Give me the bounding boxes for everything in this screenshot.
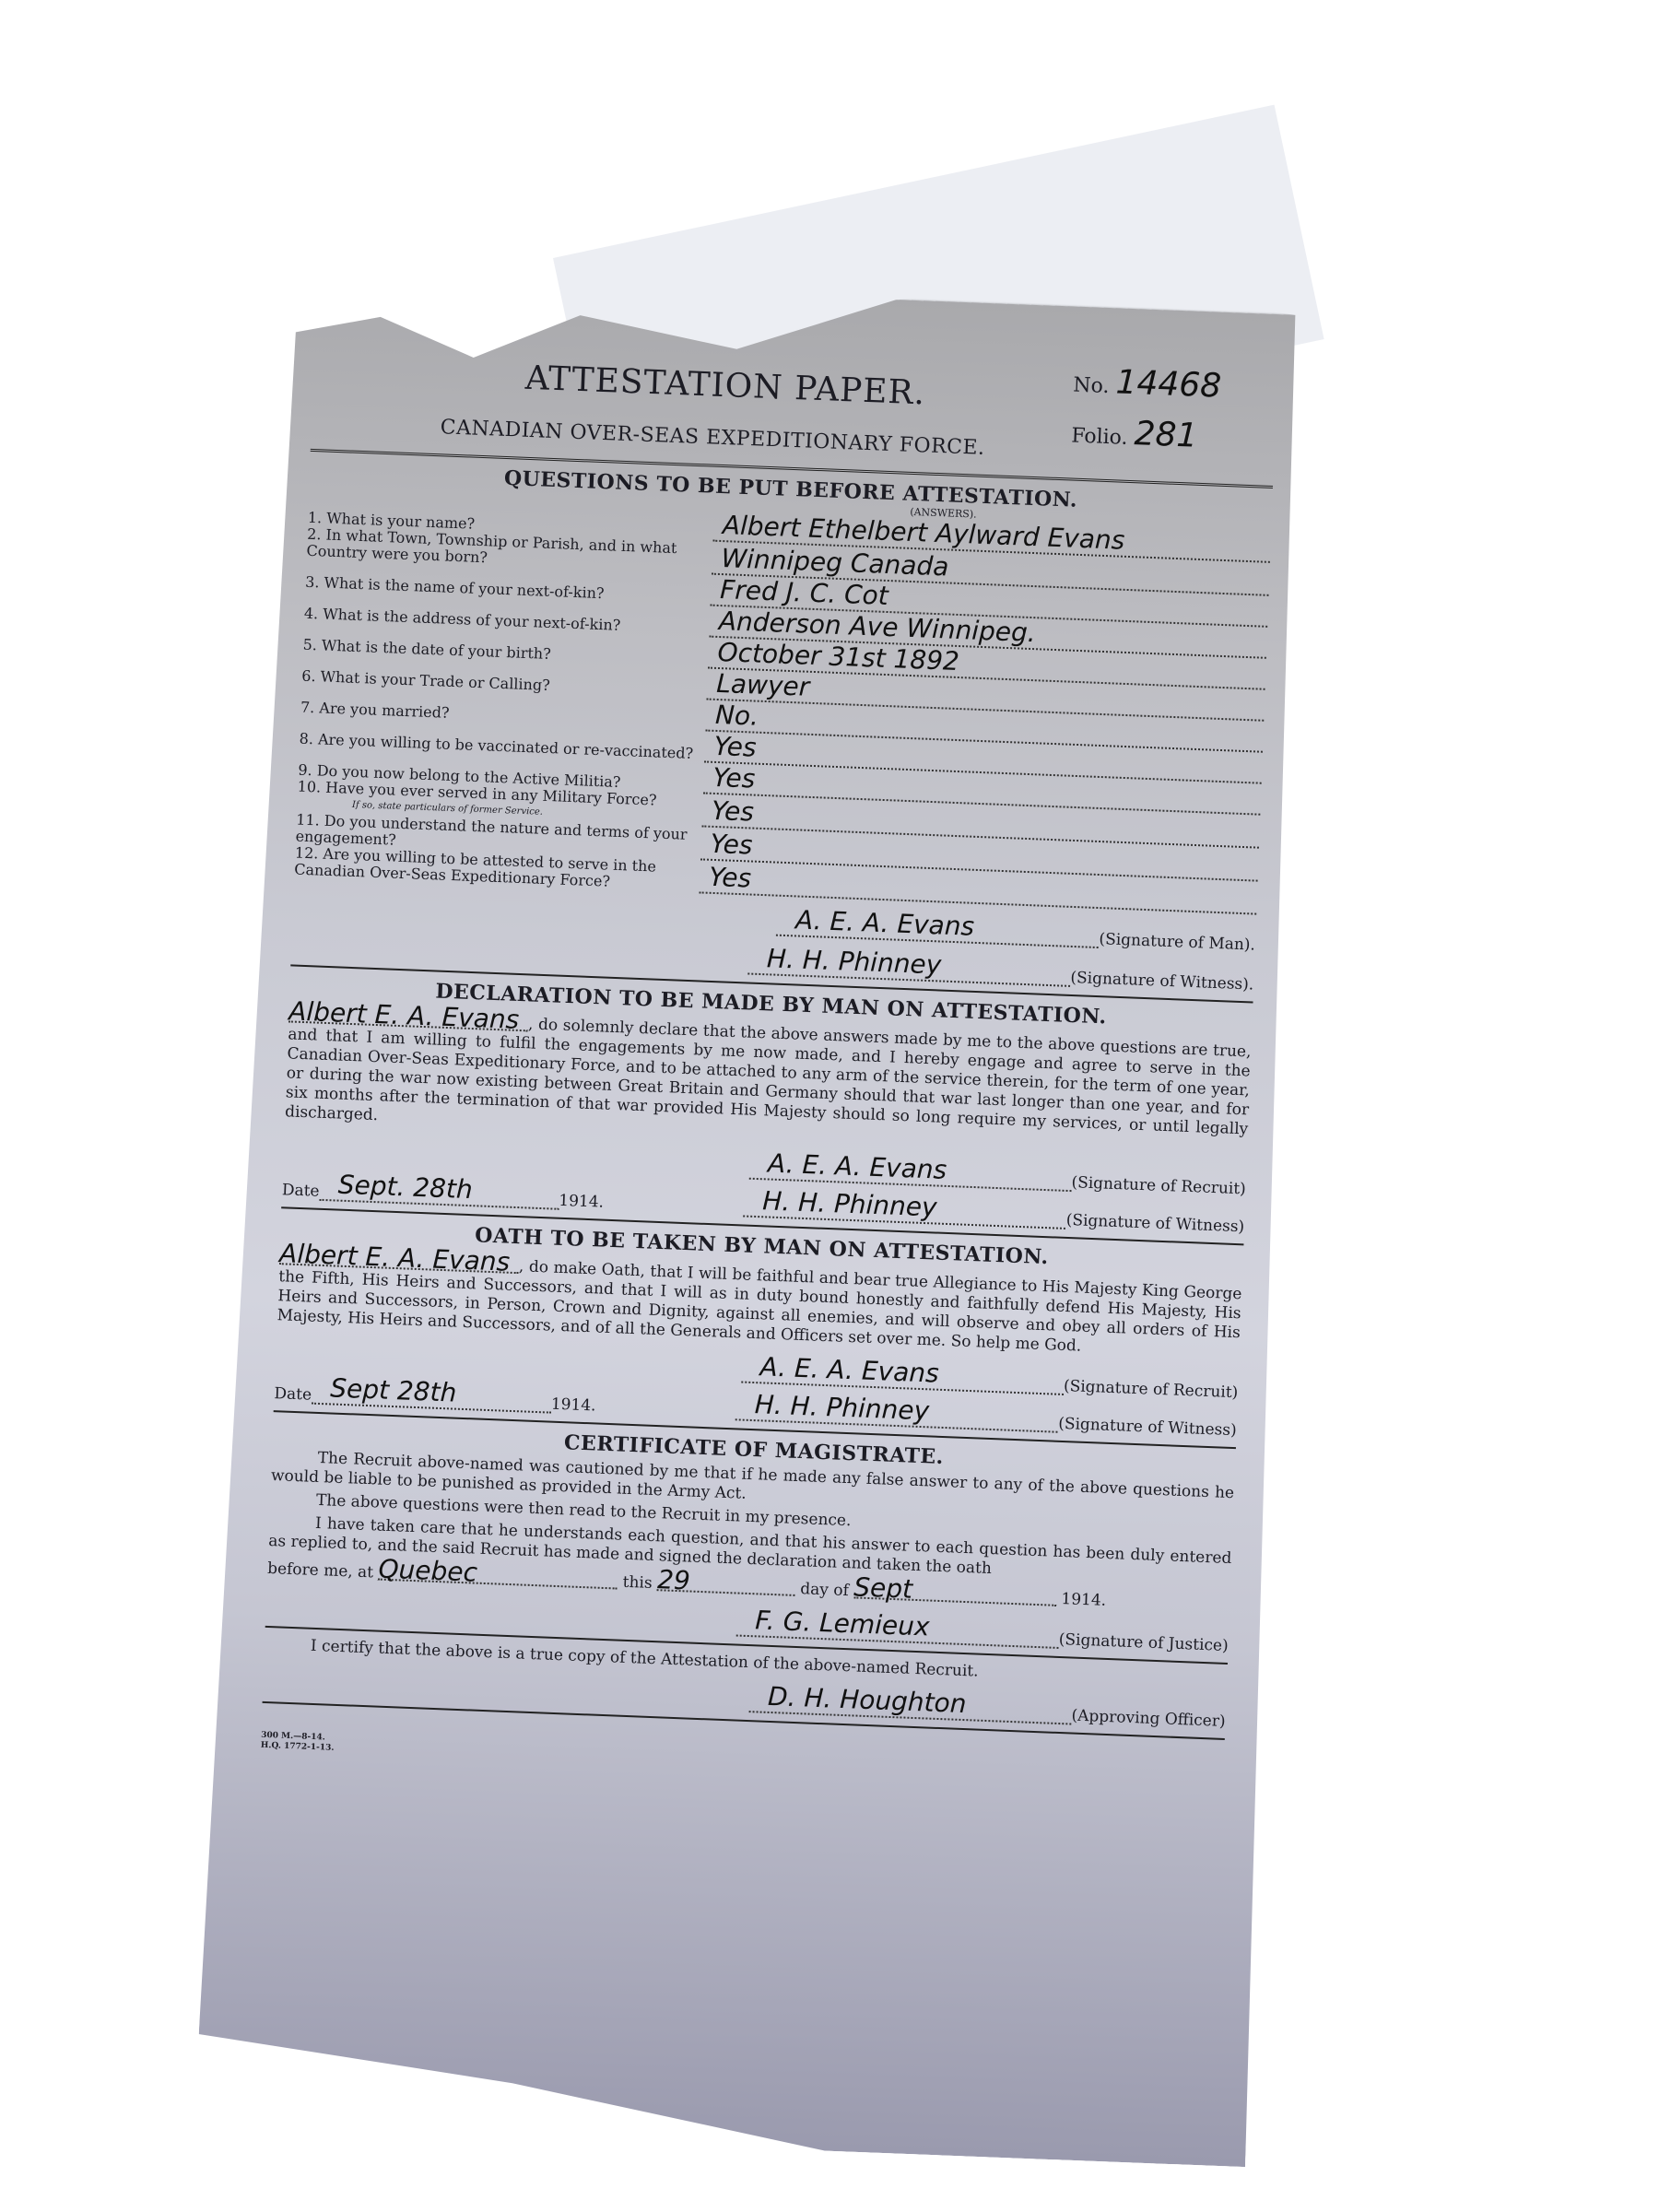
month-value: Sept bbox=[853, 1577, 1057, 1606]
attestation-paper: ATTESTATION PAPER. CANADIAN OVER-SEAS EX… bbox=[195, 276, 1316, 2167]
witness-signature: H. H. Phinney bbox=[744, 1185, 1067, 1230]
questions-list: 1. What is your name?Albert Ethelbert Ay… bbox=[294, 495, 1271, 915]
witness-signature: H. H. Phinney bbox=[735, 1388, 1059, 1432]
before-label: before me, at bbox=[267, 1559, 374, 1582]
date-label: Date bbox=[274, 1384, 312, 1405]
officer-signature: D. H. Houghton bbox=[748, 1680, 1072, 1724]
date-value: Sept. 28th bbox=[319, 1169, 559, 1210]
no-label: No. bbox=[1073, 374, 1110, 398]
recruit-signature-label: (Signature of Recruit) bbox=[1071, 1173, 1246, 1198]
witness-signature-label: (Signature of Witness) bbox=[1065, 1211, 1244, 1236]
print-code: 300 M.—8-14. H.Q. 1772-1-13. bbox=[261, 1731, 1224, 1788]
recruit-signature: A. E. A. Evans bbox=[748, 1147, 1072, 1192]
year-label: 1914. bbox=[550, 1395, 595, 1416]
witness-signature-label: (Signature of Witness). bbox=[1070, 969, 1254, 994]
no-value: 14468 bbox=[1115, 363, 1222, 405]
this-label: this bbox=[622, 1573, 653, 1593]
folio-label: Folio. bbox=[1071, 425, 1128, 450]
place-value: Quebec bbox=[378, 1559, 618, 1590]
man-signature: A. E. A. Evans bbox=[776, 904, 1100, 948]
witness-signature: H. H. Phinney bbox=[747, 942, 1071, 986]
document-title: ATTESTATION PAPER. bbox=[524, 359, 926, 413]
folio-value: 281 bbox=[1134, 415, 1198, 455]
declaration-body: , do solemnly declare that the above ans… bbox=[285, 1015, 1252, 1138]
date-label: Date bbox=[282, 1181, 320, 1201]
year-label: 1914. bbox=[559, 1192, 604, 1212]
officer-signature-label: (Approving Officer) bbox=[1071, 1707, 1226, 1731]
recruit-signature: A. E. A. Evans bbox=[741, 1351, 1065, 1395]
document-subtitle: CANADIAN OVER-SEAS EXPEDITIONARY FORCE. bbox=[440, 416, 985, 460]
day-of-label: day of bbox=[800, 1580, 849, 1600]
date-value: Sept 28th bbox=[312, 1372, 552, 1414]
man-signature-label: (Signature of Man). bbox=[1099, 930, 1255, 954]
recruit-signature-label: (Signature of Recruit) bbox=[1064, 1377, 1239, 1402]
witness-signature-label: (Signature of Witness) bbox=[1058, 1415, 1237, 1440]
day-value: 29 bbox=[657, 1570, 796, 1596]
year-label: 1914. bbox=[1061, 1590, 1106, 1610]
justice-signature-label: (Signature of Justice) bbox=[1058, 1630, 1229, 1655]
justice-signature: F. G. Lemieux bbox=[736, 1605, 1060, 1649]
number-folio-block: No. 14468 Folio. 281 bbox=[1070, 362, 1222, 469]
